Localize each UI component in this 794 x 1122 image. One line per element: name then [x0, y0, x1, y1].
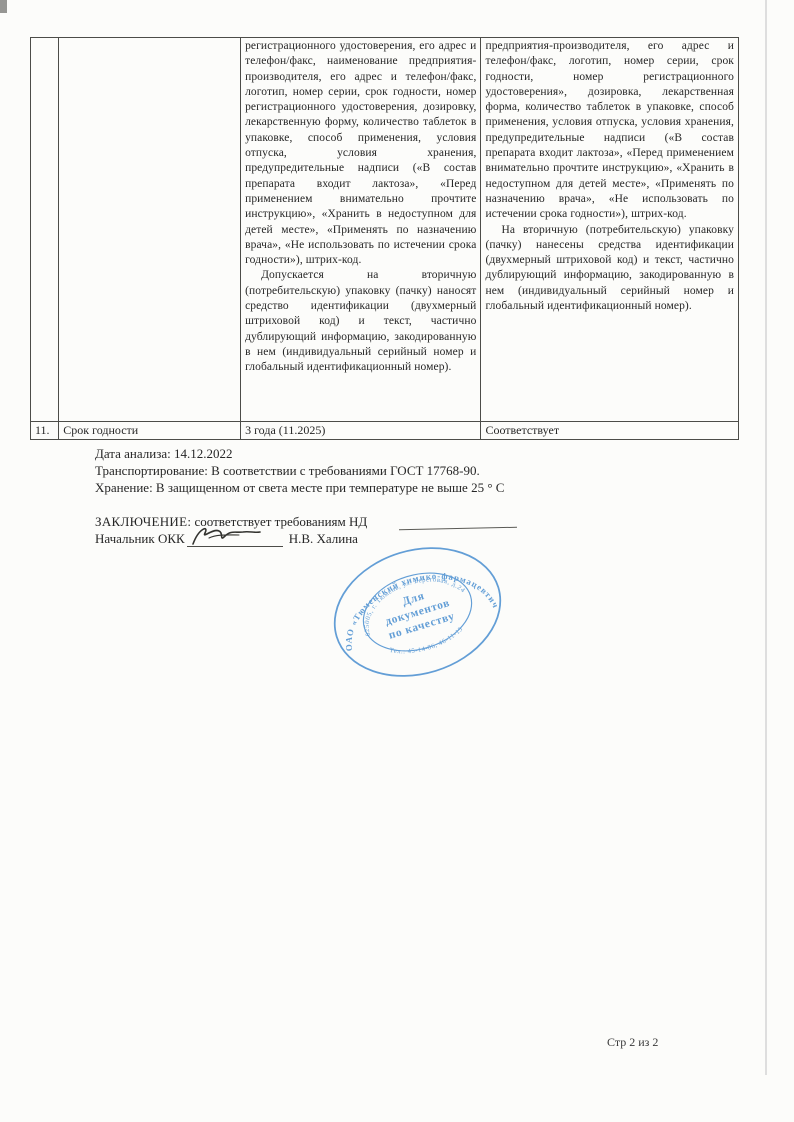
page-number: Стр 2 из 2 — [607, 1035, 658, 1050]
stamp-ring-inner-top-text: 625005, г. Тюмень, ул. Береговая, д.24 — [353, 564, 471, 637]
cell-row-number: 11. — [31, 422, 59, 440]
transport-line: Транспортирование: В соответствии с треб… — [95, 463, 480, 479]
cell-name-empty — [59, 38, 241, 422]
specification-table: регистрационного удостоверения, его адре… — [30, 37, 739, 440]
analysis-date-line: Дата анализа: 14.12.2022 — [95, 446, 232, 462]
handwritten-signature — [189, 524, 263, 548]
requirements-paragraph-1: регистрационного удостоверения, его адре… — [245, 39, 476, 268]
scanned-document-page: регистрационного удостоверения, его адре… — [0, 0, 794, 1122]
conclusion-label: ЗАКЛЮЧЕНИЕ: — [95, 514, 191, 529]
conclusion-underline — [399, 527, 517, 530]
stamp-center-line-3: по качеству — [387, 610, 456, 641]
cell-number-empty — [31, 38, 59, 422]
cell-parameter-name: Срок годности — [59, 422, 241, 440]
signature-line — [187, 532, 283, 547]
storage-line: Хранение: В защищенном от света месте пр… — [95, 480, 504, 496]
scan-corner-artifact — [0, 0, 7, 13]
table-row-shelf-life: 11. Срок годности 3 года (11.2025) Соотв… — [31, 422, 739, 440]
signature-row: Начальник ОКК Н.В. Халина — [95, 531, 358, 547]
svg-text:625005, г. Тюмень, ул. Берегов: 625005, г. Тюмень, ул. Береговая, д.24 — [353, 564, 471, 637]
svg-text:Тел.: 45-14-86, 46-11-15: Тел.: 45-14-86, 46-11-15 — [387, 625, 467, 663]
requirements-paragraph-2: Допускается на вторичную (потребительску… — [245, 268, 476, 375]
cell-requirements-text: регистрационного удостоверения, его адре… — [241, 38, 481, 422]
results-paragraph-1: предприятия-производителя, его адрес и т… — [485, 39, 734, 223]
signatory-role: Начальник ОКК — [95, 531, 185, 547]
quality-stamp: ОАО «Тюменский химико-фармацевтический з… — [314, 523, 522, 701]
cell-parameter-value: 3 года (11.2025) — [241, 422, 481, 440]
stamp-center-line-2: документов — [384, 597, 452, 628]
cell-results-text: предприятия-производителя, его адрес и т… — [481, 38, 739, 422]
stamp-center-line-1: Для — [401, 590, 426, 608]
scan-edge-artifact — [765, 0, 767, 1075]
quality-stamp-graphic: ОАО «Тюменский химико-фармацевтический з… — [314, 523, 522, 701]
cell-parameter-result: Соответствует — [481, 422, 739, 440]
signatory-name: Н.В. Халина — [289, 531, 358, 547]
table-row-continued: регистрационного удостоверения, его адре… — [31, 38, 739, 422]
results-paragraph-2: На вторичную (потребительскую) упаковку … — [485, 223, 734, 315]
stamp-ring-inner-bottom-text: Тел.: 45-14-86, 46-11-15 — [387, 625, 467, 663]
